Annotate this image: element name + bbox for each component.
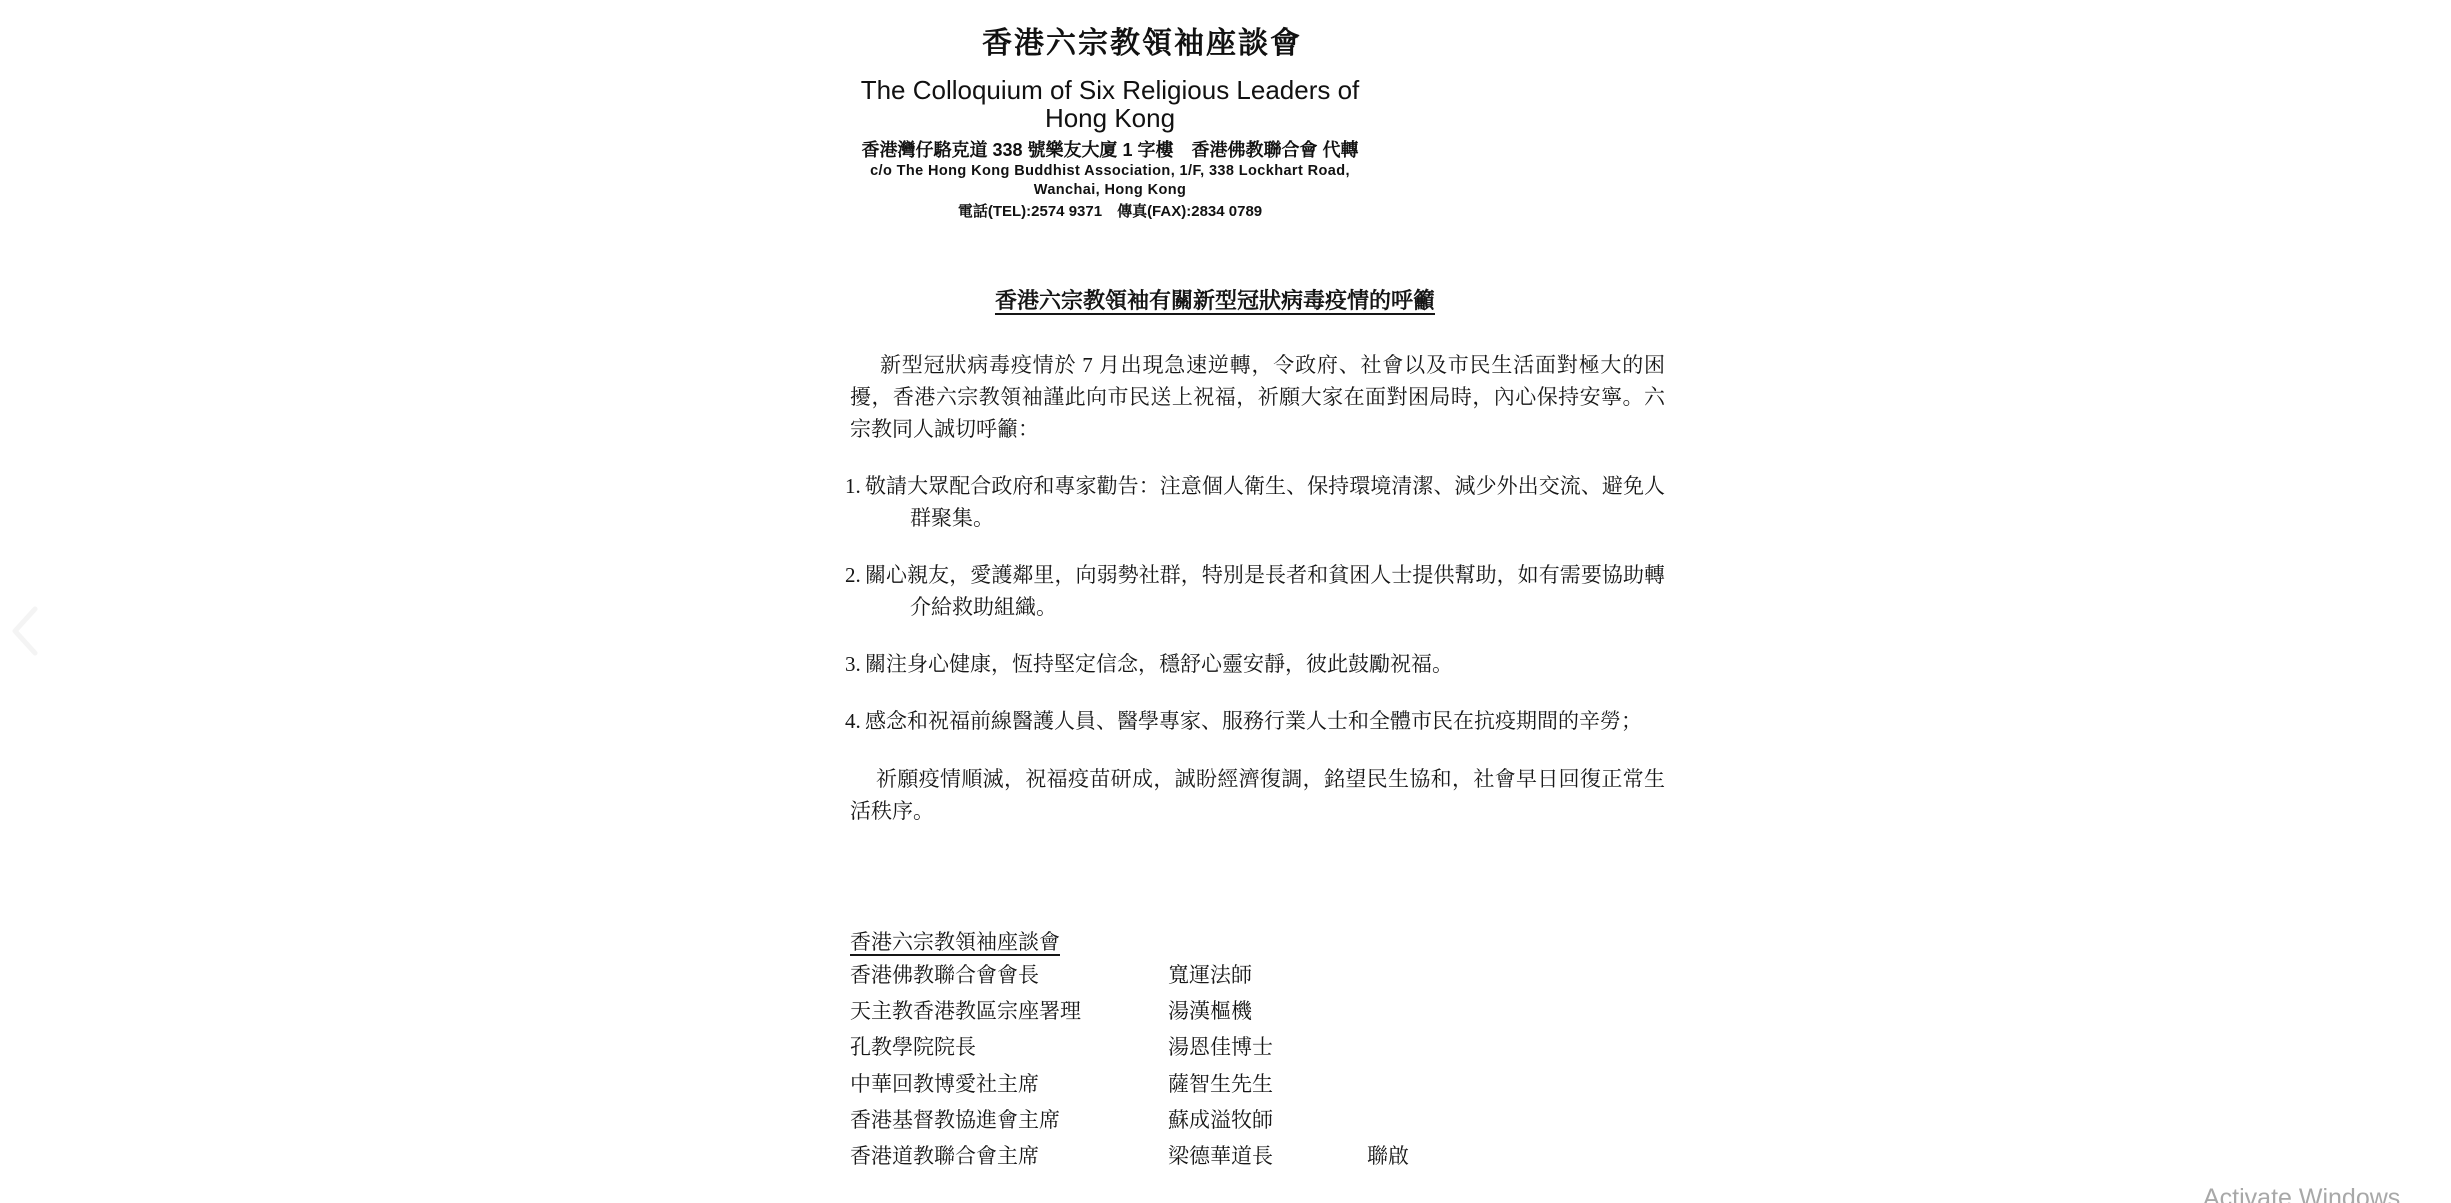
- org-address-english: c/o The Hong Kong Buddhist Association, …: [840, 162, 1380, 200]
- document-page: 香港六宗教領袖座談會 The Colloquium of Six Religio…: [840, 0, 1668, 1174]
- signatory-organization: 香港基督教協進會主席: [850, 1102, 1060, 1138]
- appeal-list: 1. 敬請大眾配合政府和專家勸告：注意個人衛生、保持環境清潔、減少外出交流、避免…: [850, 470, 1665, 737]
- signature-row: 天主教香港教區宗座署理 湯漢樞機: [850, 993, 1668, 1029]
- letter-closing-paragraph: 祈願疫情順滅，祝福疫苗研成，誠盼經濟復調，銘望民生協和，社會早日回復正常生活秩序…: [850, 763, 1665, 827]
- signatory-organization: 天主教香港教區宗座署理: [850, 993, 1081, 1029]
- letterhead: 香港六宗教領袖座談會 The Colloquium of Six Religio…: [840, 26, 1380, 221]
- activate-windows-watermark: Activate Windows: [2203, 1186, 2400, 1203]
- signature-rows: 香港佛教聯合會會長 寬運法師 天主教香港教區宗座署理 湯漢樞機 孔教學院院長 湯…: [850, 957, 1668, 1174]
- signatory-organization: 孔教學院院長: [850, 1029, 976, 1065]
- appeal-item-number: 2.: [845, 559, 861, 591]
- signature-block: 香港六宗教領袖座談會 香港佛教聯合會會長 寬運法師 天主教香港教區宗座署理 湯漢…: [850, 929, 1668, 1174]
- signatory-name: 湯漢樞機: [1168, 993, 1252, 1029]
- signature-row: 中華回教博愛社主席 薩智生先生: [850, 1066, 1668, 1102]
- signature-heading: 香港六宗教領袖座談會: [850, 929, 1668, 955]
- letter-body: 新型冠狀病毒疫情於 7 月出現急速逆轉，令政府、社會以及市民生活面對極大的困擾，…: [850, 349, 1665, 827]
- signatory-organization: 香港佛教聯合會會長: [850, 957, 1039, 993]
- appeal-item-text: 感念和祝福前線醫護人員、醫學專家、服務行業人士和全體市民在抗疫期間的辛勞；: [865, 709, 1642, 733]
- appeal-item: 3. 關注身心健康，恆持堅定信念，穩舒心靈安靜，彼此鼓勵祝福。: [850, 648, 1665, 680]
- signatory-organization: 中華回教博愛社主席: [850, 1066, 1039, 1102]
- signatory-name: 寬運法師: [1168, 957, 1252, 993]
- appeal-item-number: 3.: [845, 648, 861, 680]
- appeal-item-text: 敬請大眾配合政府和專家勸告：注意個人衛生、保持環境清潔、減少外出交流、避免人群聚…: [865, 474, 1665, 530]
- chevron-left-icon: [8, 604, 40, 658]
- signatory-organization: 香港道教聯合會主席: [850, 1138, 1039, 1174]
- appeal-item-number: 1.: [845, 470, 861, 502]
- appeal-item-text: 關注身心健康，恆持堅定信念，穩舒心靈安靜，彼此鼓勵祝福。: [865, 652, 1453, 676]
- signatory-name: 蘇成溢牧師: [1168, 1102, 1273, 1138]
- signature-row: 香港道教聯合會主席 梁德華道長 聯啟: [850, 1138, 1668, 1174]
- letter-intro-paragraph: 新型冠狀病毒疫情於 7 月出現急速逆轉，令政府、社會以及市民生活面對極大的困擾，…: [850, 349, 1665, 445]
- letter-heading: 香港六宗教領袖有關新型冠狀病毒疫情的呼籲: [840, 287, 1590, 315]
- appeal-item-number: 4.: [845, 705, 861, 737]
- appeal-item-text: 關心親友，愛護鄰里，向弱勢社群，特別是長者和貧困人士提供幫助，如有需要協助轉介給…: [865, 563, 1665, 619]
- signature-row: 孔教學院院長 湯恩佳博士: [850, 1029, 1668, 1065]
- appeal-item: 2. 關心親友，愛護鄰里，向弱勢社群，特別是長者和貧困人士提供幫助，如有需要協助…: [850, 559, 1665, 623]
- signature-row: 香港佛教聯合會會長 寬運法師: [850, 957, 1668, 993]
- org-title-chinese: 香港六宗教領袖座談會: [904, 26, 1380, 62]
- signatory-name: 薩智生先生: [1168, 1066, 1273, 1102]
- org-tel-fax: 電話(TEL):2574 9371 傳真(FAX):2834 0789: [840, 202, 1380, 221]
- signature-row: 香港基督教協進會主席 蘇成溢牧師: [850, 1102, 1668, 1138]
- appeal-item: 4. 感念和祝福前線醫護人員、醫學專家、服務行業人士和全體市民在抗疫期間的辛勞；: [850, 705, 1665, 737]
- appeal-item: 1. 敬請大眾配合政府和專家勸告：注意個人衛生、保持環境清潔、減少外出交流、避免…: [850, 470, 1665, 534]
- signatory-name: 梁德華道長: [1168, 1138, 1273, 1174]
- org-title-english: The Colloquium of Six Religious Leaders …: [840, 76, 1380, 132]
- org-address-chinese: 香港灣仔駱克道 338 號樂友大廈 1 字樓 香港佛教聯合會 代轉: [840, 138, 1380, 162]
- signatory-name: 湯恩佳博士: [1168, 1029, 1273, 1065]
- signature-joint-issue-label: 聯啟: [1367, 1138, 1409, 1174]
- previous-page-button[interactable]: [8, 604, 40, 658]
